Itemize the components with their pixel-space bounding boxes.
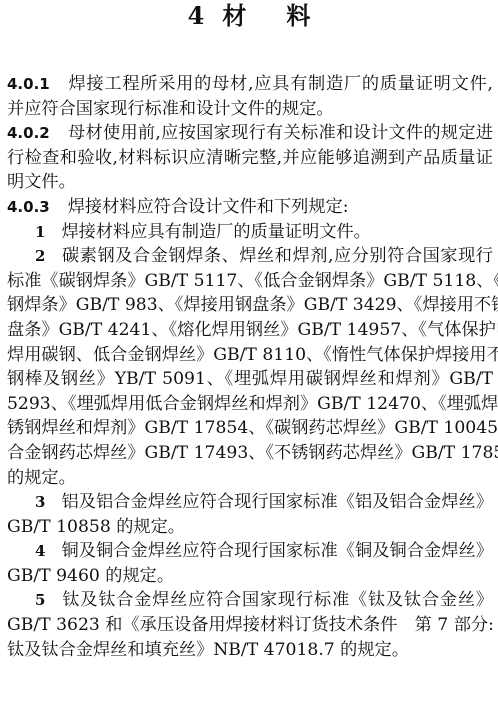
list-item-5: 5钛及钛合金焊丝应符合国家现行标准《钛及钛合金丝》 GB/T 3623 和《承压… xyxy=(7,588,493,662)
clause-number: 4.0.2 xyxy=(7,124,50,142)
document-body: 4.0.1焊接工程所采用的母材,应具有制造厂的质量证明文件, 并应符合国家现行标… xyxy=(7,72,493,662)
text-line: 1焊接材料应具有制造厂的质量证明文件。 xyxy=(7,220,493,245)
text-line: 钛及钛合金焊丝和填充丝》NB/T 47018.7 的规定。 xyxy=(7,638,493,663)
text-line: 盘条》GB/T 4241、《熔化焊用钢丝》GB/T 14957、《气体保护电弧 xyxy=(7,318,493,343)
clause-4-0-1: 4.0.1焊接工程所采用的母材,应具有制造厂的质量证明文件, 并应符合国家现行标… xyxy=(7,72,493,121)
text-line: 4.0.3焊接材料应符合设计文件和下列规定: xyxy=(7,195,493,220)
clause-text: 母材使用前,应按国家现行有关标准和设计文件的规定进 xyxy=(68,123,493,143)
clause-text: 焊接材料应符合设计文件和下列规定: xyxy=(68,197,349,217)
item-number: 4 xyxy=(35,542,45,560)
item-text: 铜及铜合金焊丝应符合现行国家标准《铜及铜合金焊丝》 xyxy=(61,541,493,561)
clause-text: 焊接工程所采用的母材,应具有制造厂的质量证明文件, xyxy=(68,74,493,94)
item-text: 钛及钛合金焊丝应符合国家现行标准《钛及钛合金丝》 xyxy=(61,590,493,610)
clause-4-0-2: 4.0.2母材使用前,应按国家现行有关标准和设计文件的规定进 行检查和验收,材料… xyxy=(7,121,493,195)
text-line: 4.0.1焊接工程所采用的母材,应具有制造厂的质量证明文件, xyxy=(7,72,493,97)
item-text: 焊接材料应具有制造厂的质量证明文件。 xyxy=(61,222,370,242)
item-number: 1 xyxy=(35,223,45,241)
item-number: 5 xyxy=(35,591,45,609)
list-item-3: 3铝及铝合金焊丝应符合现行国家标准《铝及铝合金焊丝》 GB/T 10858 的规… xyxy=(7,490,493,539)
text-line: 并应符合国家现行标准和设计文件的规定。 xyxy=(7,97,493,122)
list-item-2: 2碳素钢及合金钢焊条、焊丝和焊剂,应分别符合国家现行 标准《碳钢焊条》GB/T … xyxy=(7,244,493,490)
chapter-title-word-1: 材 xyxy=(222,1,246,30)
clause-4-0-3: 4.0.3焊接材料应符合设计文件和下列规定: 1焊接材料应具有制造厂的质量证明文… xyxy=(7,195,493,662)
item-text: 铝及铝合金焊丝应符合现行国家标准《铝及铝合金焊丝》 xyxy=(61,492,493,512)
clause-number: 4.0.3 xyxy=(7,198,50,216)
text-line: 行检查和验收,材料标识应清晰完整,并应能够追溯到产品质量证 xyxy=(7,146,493,171)
text-line: 标准《碳钢焊条》GB/T 5117、《低合金钢焊条》GB/T 5118、《不锈 xyxy=(7,269,493,294)
text-line: 明文件。 xyxy=(7,170,493,195)
text-line: 4.0.2母材使用前,应按国家现行有关标准和设计文件的规定进 xyxy=(7,121,493,146)
text-line: 焊用碳钢、低合金钢焊丝》GB/T 8110、《惰性气体保护焊接用不锈 xyxy=(7,343,493,368)
list-item-4: 4铜及铜合金焊丝应符合现行国家标准《铜及铜合金焊丝》 GB/T 9460 的规定… xyxy=(7,539,493,588)
text-line: GB/T 9460 的规定。 xyxy=(7,564,493,589)
clause-number: 4.0.1 xyxy=(7,75,50,93)
list-item-1: 1焊接材料应具有制造厂的质量证明文件。 xyxy=(7,220,493,245)
text-line: 4铜及铜合金焊丝应符合现行国家标准《铜及铜合金焊丝》 xyxy=(7,539,493,564)
text-line: 5钛及钛合金焊丝应符合国家现行标准《钛及钛合金丝》 xyxy=(7,588,493,613)
chapter-title-word-2: 料 xyxy=(286,1,310,30)
text-line: 锈钢焊丝和焊剂》GB/T 17854、《碳钢药芯焊丝》GB/T 10045、《低 xyxy=(7,416,493,441)
text-line: 合金钢药芯焊丝》GB/T 17493、《不锈钢药芯焊丝》GB/T 17853 等 xyxy=(7,441,493,466)
text-line: 2碳素钢及合金钢焊条、焊丝和焊剂,应分别符合国家现行 xyxy=(7,244,493,269)
text-line: GB/T 3623 和《承压设备用焊接材料订货技术条件 第 7 部分: xyxy=(7,613,493,638)
text-line: 5293、《埋弧焊用低合金钢焊丝和焊剂》GB/T 12470、《埋弧焊用不 xyxy=(7,392,493,417)
item-number: 2 xyxy=(35,247,45,265)
text-line: 的规定。 xyxy=(7,466,493,491)
item-text: 碳素钢及合金钢焊条、焊丝和焊剂,应分别符合国家现行 xyxy=(61,246,493,266)
text-line: 钢棒及钢丝》YB/T 5091、《埋弧焊用碳钢焊丝和焊剂》GB/T xyxy=(7,367,493,392)
text-line: 钢焊条》GB/T 983、《焊接用钢盘条》GB/T 3429、《焊接用不锈钢 xyxy=(7,293,493,318)
text-line: GB/T 10858 的规定。 xyxy=(7,515,493,540)
chapter-title: 4材料 xyxy=(0,0,498,32)
item-number: 3 xyxy=(35,493,45,511)
text-line: 3铝及铝合金焊丝应符合现行国家标准《铝及铝合金焊丝》 xyxy=(7,490,493,515)
chapter-number: 4 xyxy=(188,1,205,30)
